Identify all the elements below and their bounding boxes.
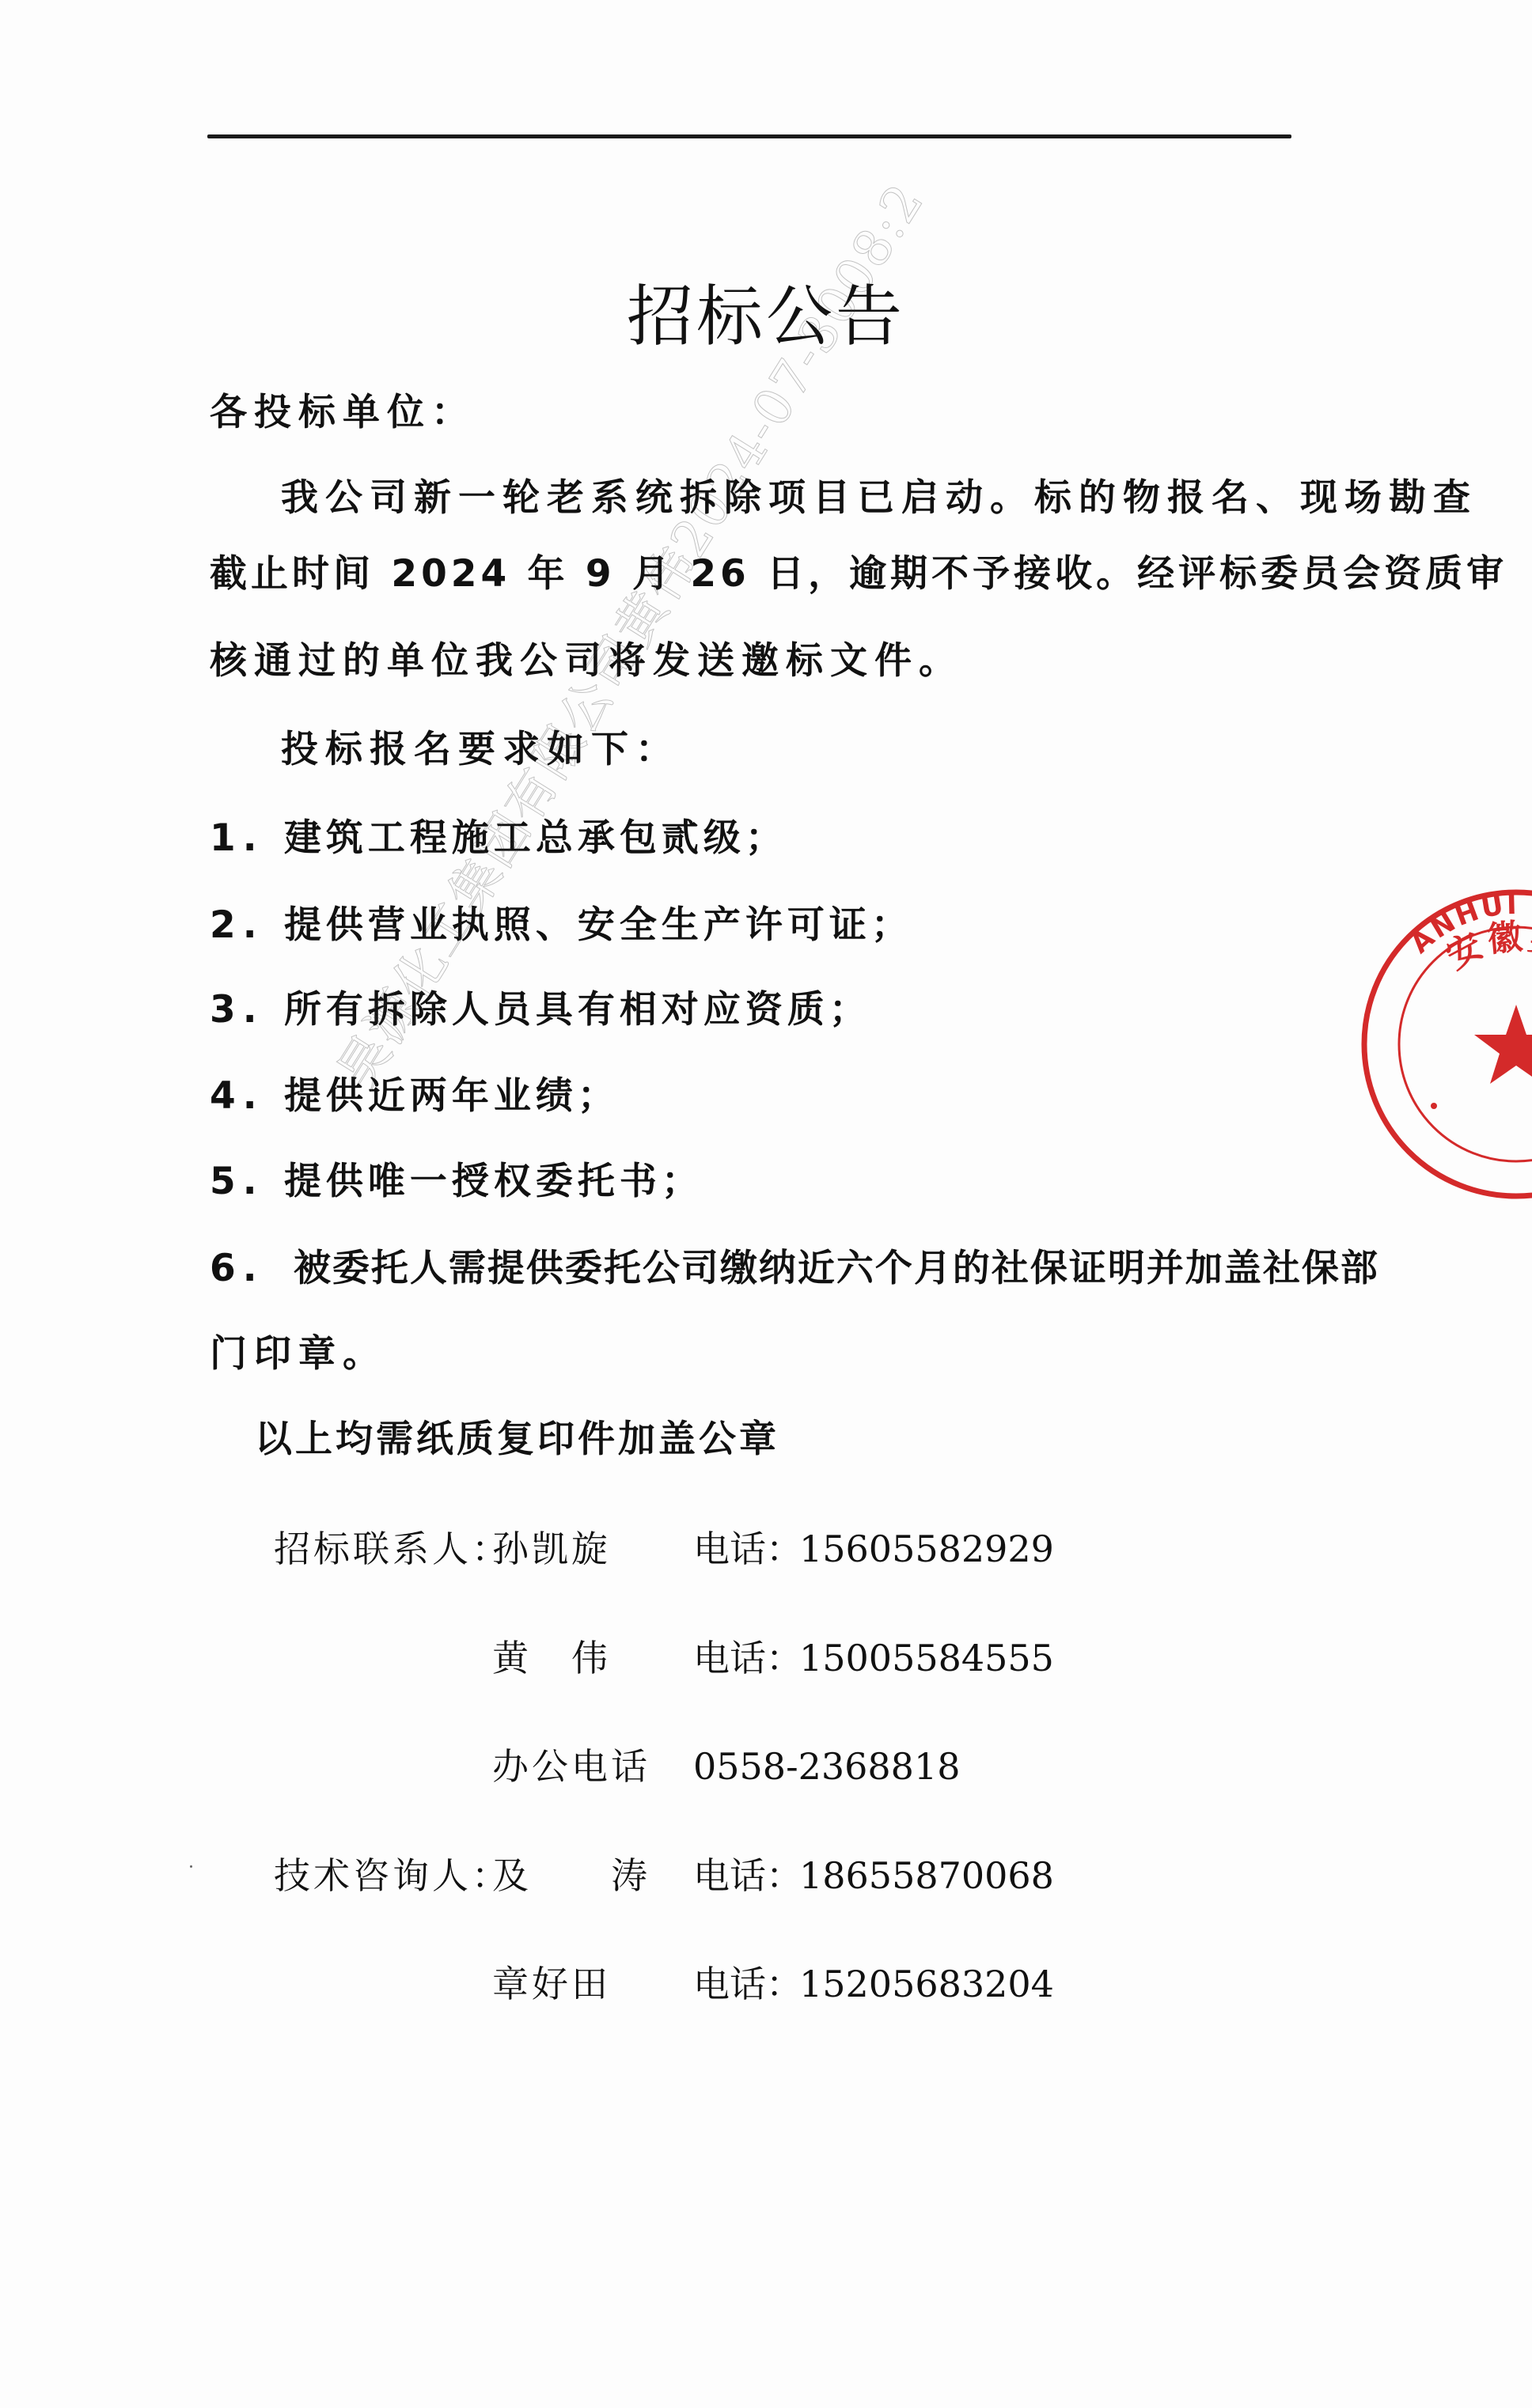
phone-number: 15605582929	[799, 1525, 1054, 1573]
phone-number: 0558-2368818	[693, 1743, 960, 1790]
phone-label: 电话：	[693, 1960, 802, 2008]
intro-line-1: 我公司新一轮老系统拆除项目已启动。标的物报名、现场勘查	[281, 475, 1477, 522]
contact-name: 章好田	[492, 1960, 611, 2008]
contact-name: 黄 伟	[492, 1634, 611, 1682]
requirement-item: 2. 提供营业执照、安全生产许可证；	[210, 902, 913, 949]
contact-name: 孙凯旋	[492, 1525, 611, 1573]
requirement-number: 6.	[210, 1247, 264, 1290]
contact-row: 招标联系人： 孙凯旋 电话： 15605582929	[0, 1525, 1532, 1573]
requirements-heading: 投标报名要求如下：	[281, 726, 680, 774]
phone-number: 15005584555	[799, 1634, 1054, 1682]
phone-label: 电话：	[693, 1525, 802, 1573]
requirement-item: 3. 所有拆除人员具有相对应资质；	[210, 986, 871, 1034]
requirement-text: 提供营业执照、安全生产许可证；	[284, 903, 913, 947]
phone-number: 15205683204	[799, 1960, 1054, 2008]
phone-number: 18655870068	[799, 1852, 1054, 1899]
office-phone-label: 办公电话	[492, 1743, 650, 1790]
requirement-number: 5.	[210, 1160, 264, 1203]
requirement-text: 被委托人需提供委托公司缴纳近六个月的社保证明并加盖社保部	[294, 1247, 1379, 1290]
contact-name: 及 涛	[492, 1852, 650, 1899]
document-page: 招标公告 各投标单位： 我公司新一轮老系统拆除项目已启动。标的物报名、现场勘查 …	[0, 0, 1532, 2408]
contact-row: 黄 伟 电话： 15005584555	[0, 1634, 1532, 1682]
requirement-text: 提供近两年业绩；	[284, 1074, 620, 1118]
scan-speck	[190, 1865, 192, 1868]
copy-stamp-note: 以上均需纸质复印件加盖公章	[255, 1416, 779, 1463]
contact-role-label: 技术咨询人：	[274, 1852, 511, 1899]
requirement-number: 1.	[210, 816, 264, 860]
svg-text:安徽昊源化工集: 安徽昊源化工集	[1439, 916, 1532, 1104]
requirement-continuation: 门印章。	[210, 1331, 387, 1378]
requirement-number: 2.	[210, 903, 264, 947]
company-seal-icon: ANHUI HAOYUAN CHEMIC 安徽昊源化工集	[1358, 886, 1532, 1202]
header-rule	[207, 134, 1291, 138]
requirement-number: 3.	[210, 988, 264, 1032]
contact-row: 办公电话 0558-2368818	[0, 1743, 1532, 1790]
salutation: 各投标单位：	[210, 389, 476, 437]
phone-label: 电话：	[693, 1852, 802, 1899]
intro-line-2: 截止时间 2024 年 9 月 26 日，逾期不予接收。经评标委员会资质审	[210, 551, 1507, 598]
requirement-item: 5. 提供唯一授权委托书；	[210, 1158, 703, 1206]
contact-row: 技术咨询人： 及 涛 电话： 18655870068	[0, 1852, 1532, 1899]
requirement-text: 提供唯一授权委托书；	[284, 1160, 703, 1203]
requirement-item: 4. 提供近两年业绩；	[210, 1073, 620, 1120]
requirement-number: 4.	[210, 1074, 264, 1118]
requirement-item: 6. 被委托人需提供委托公司缴纳近六个月的社保证明并加盖社保部	[210, 1245, 1379, 1293]
phone-label: 电话：	[693, 1634, 802, 1682]
contact-role-label: 招标联系人：	[274, 1525, 511, 1573]
contact-row: 章好田 电话： 15205683204	[0, 1960, 1532, 2008]
